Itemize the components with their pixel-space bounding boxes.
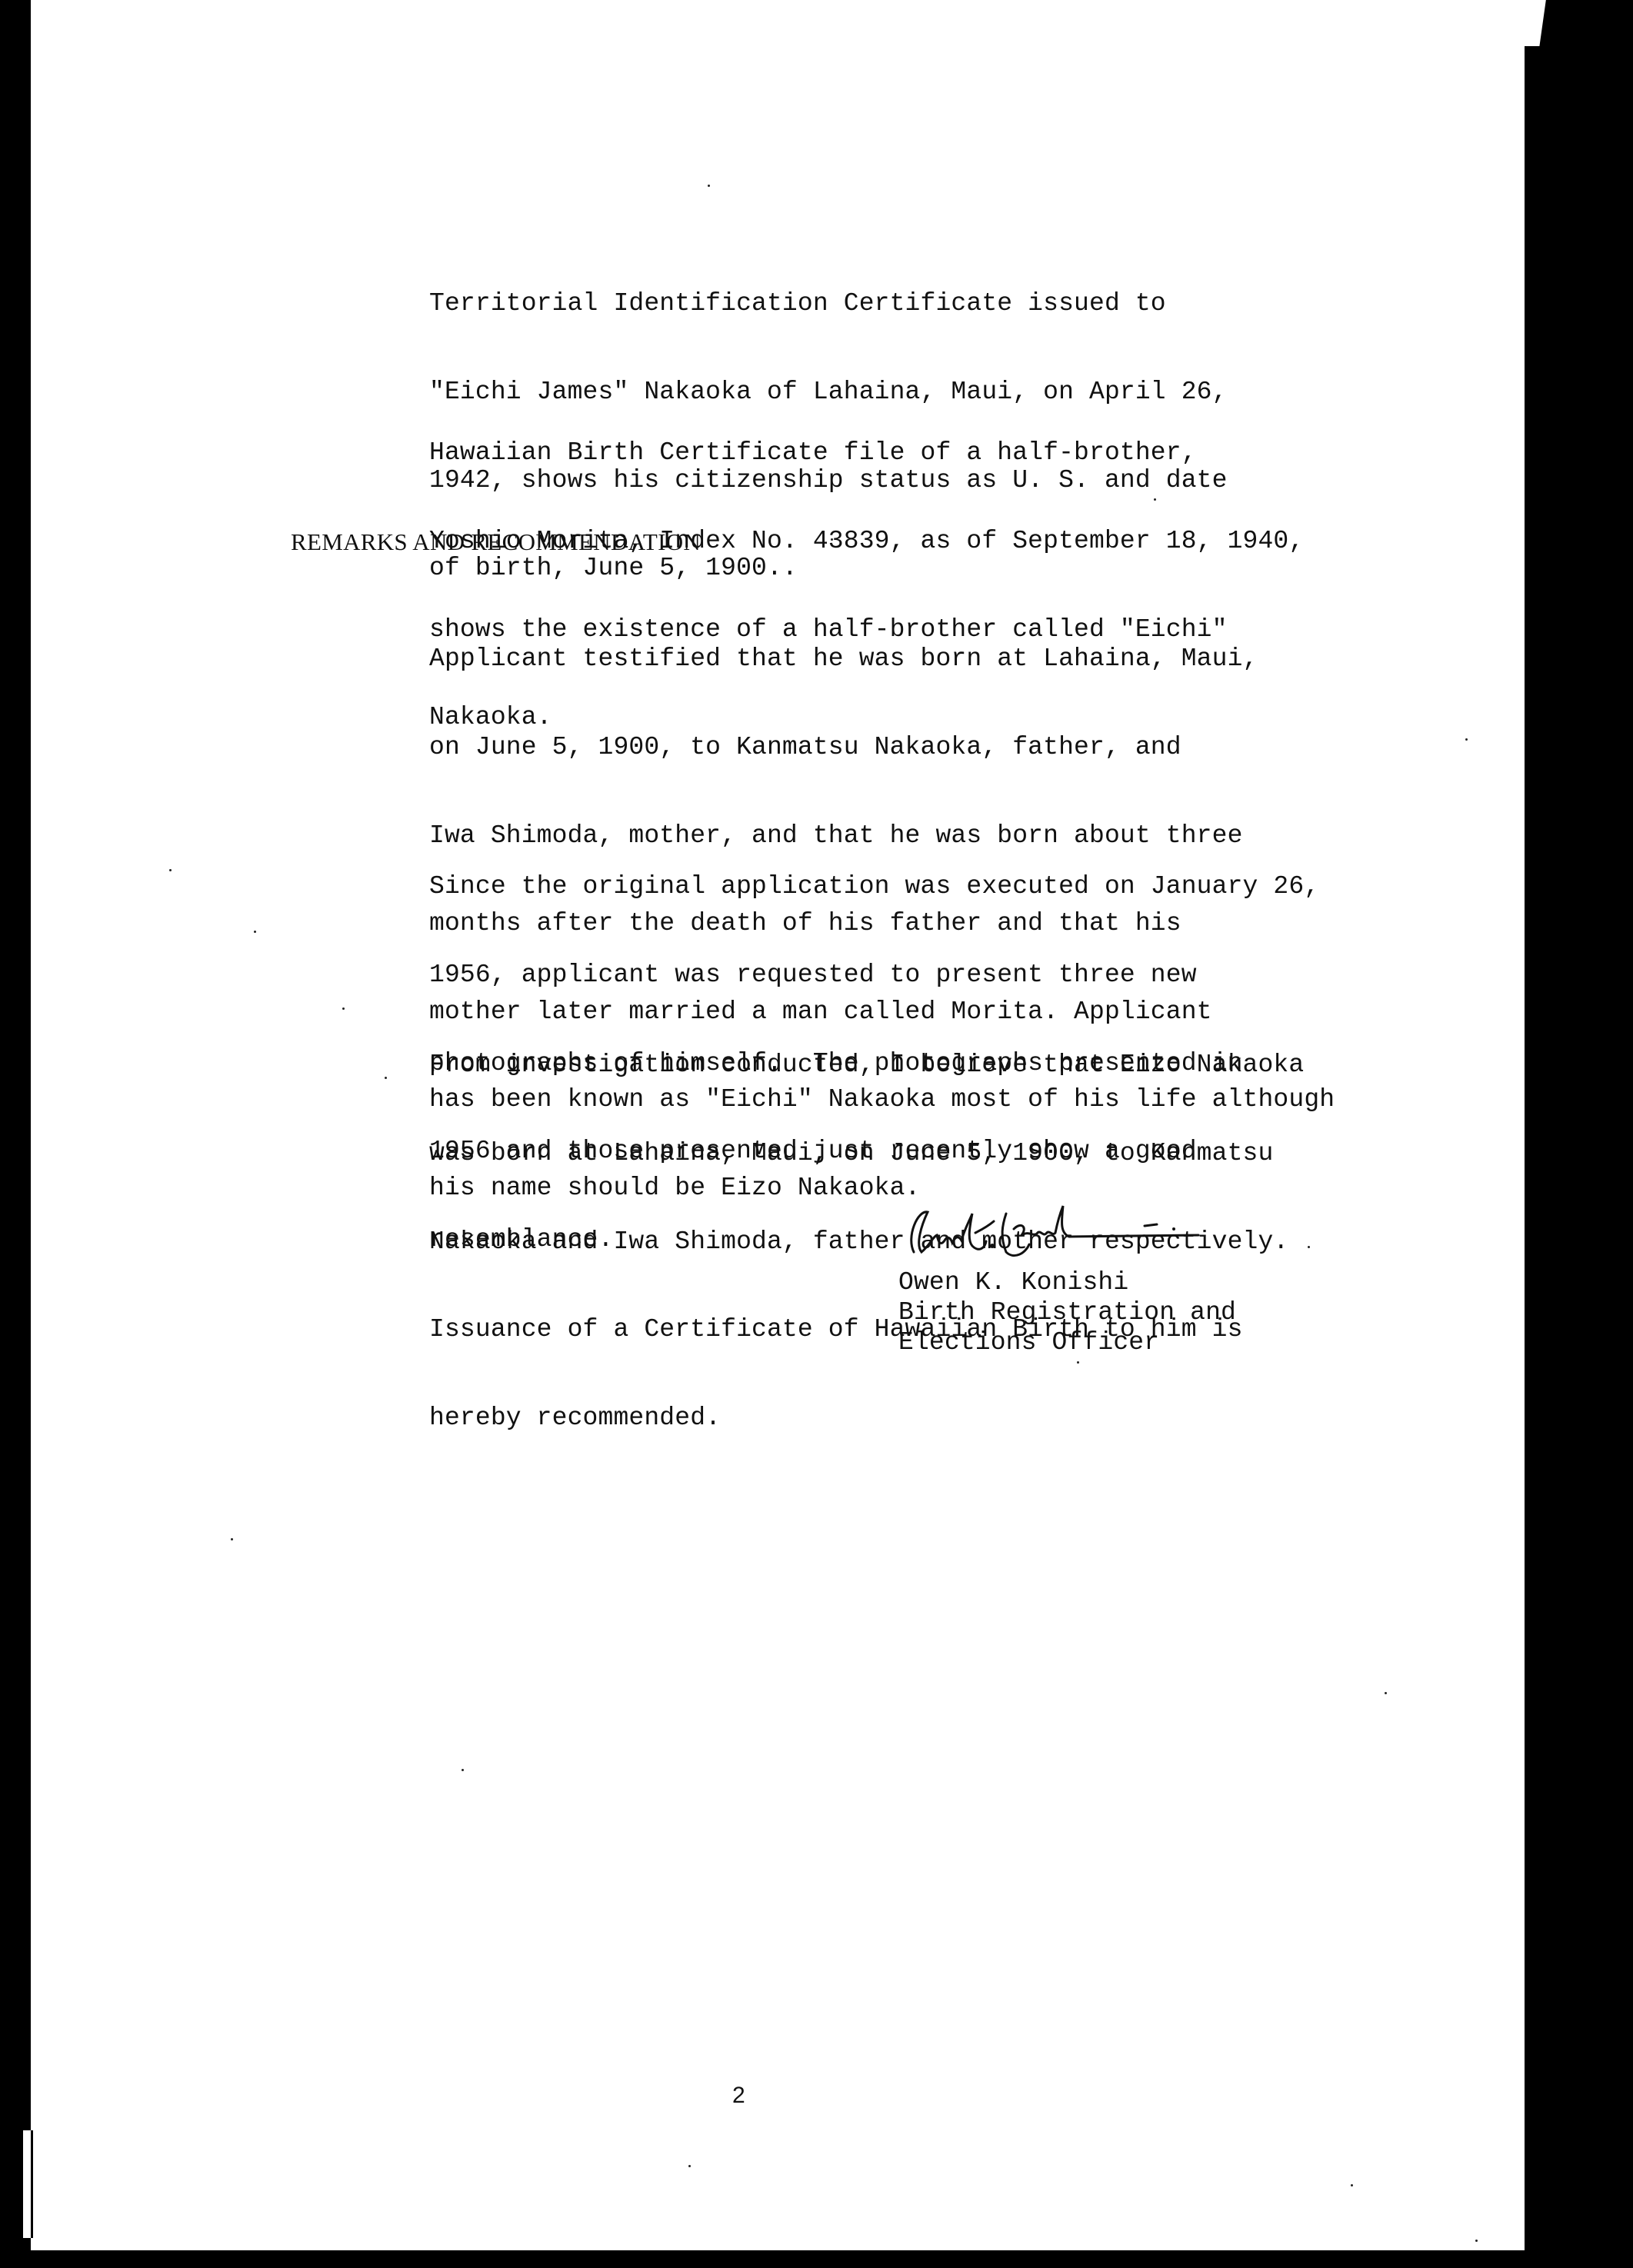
scan-speck <box>342 1007 345 1010</box>
scan-speck <box>831 538 833 541</box>
signer-name: Owen K. Konishi <box>898 1267 1360 1297</box>
scan-speck <box>1154 498 1156 501</box>
document-page: Territorial Identification Certificate i… <box>0 0 1633 2268</box>
scan-speck <box>254 931 256 933</box>
text-line: Since the original application was execu… <box>429 872 1319 901</box>
scan-speck <box>708 185 710 187</box>
scan-speck <box>1308 1246 1310 1248</box>
text-line: Hawaiian Birth Certificate file of a hal… <box>429 438 1304 468</box>
text-line: From investigation conducted, I believe … <box>429 1051 1304 1080</box>
text-line: Territorial Identification Certificate i… <box>429 289 1228 318</box>
scan-speck <box>1465 738 1468 741</box>
scan-speck <box>169 869 172 871</box>
scan-speck <box>231 1538 233 1540</box>
text-line: Applicant testified that he was born at … <box>429 644 1335 674</box>
scan-speck <box>462 1769 464 1771</box>
scan-speck <box>1475 2240 1478 2242</box>
scan-speck <box>385 1077 387 1079</box>
signer-title-line-2: Elections Officer <box>898 1327 1360 1357</box>
handwritten-signature <box>898 1198 1268 1267</box>
page-number: 2 <box>732 2083 745 2109</box>
scan-speck <box>1077 1361 1079 1364</box>
text-line: hereby recommended. <box>429 1404 1304 1433</box>
section-heading: REMARKS AND RECOMMENDATION <box>291 528 701 556</box>
signature-block: Owen K. Konishi Birth Registration and E… <box>898 1198 1360 1357</box>
text-line: was born at Lahaina, Maui, on June 5, 19… <box>429 1139 1304 1168</box>
scan-speck <box>1385 1692 1387 1694</box>
scan-speck <box>688 2165 691 2167</box>
text-line: on June 5, 1900, to Kanmatsu Nakaoka, fa… <box>429 733 1335 762</box>
signer-title-line-1: Birth Registration and <box>898 1297 1360 1327</box>
scan-speck <box>1351 2184 1353 2186</box>
text-line: 1956, applicant was requested to present… <box>429 961 1319 990</box>
